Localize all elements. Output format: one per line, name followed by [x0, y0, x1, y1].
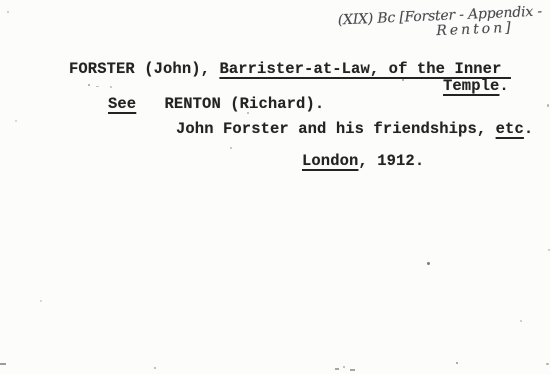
imprint-line: London, 1912.	[302, 152, 424, 170]
scan-speck	[110, 86, 112, 88]
scan-speck	[230, 147, 232, 149]
scan-speck	[402, 79, 404, 81]
see-gap	[136, 95, 164, 113]
scan-speck	[247, 112, 249, 114]
heading-temple-underlined: Temple	[443, 77, 499, 95]
annotation-reference: Renton]	[436, 19, 543, 40]
heading-title-underlined: Barrister-at-Law, of the Inner	[219, 60, 510, 78]
scan-speck	[546, 363, 549, 365]
title-text: John Forster and his friendships,	[176, 120, 496, 138]
heading-name: FORSTER (John),	[69, 60, 219, 78]
see-label-underlined: See	[108, 95, 136, 113]
scan-speck	[335, 368, 339, 370]
scan-speck	[547, 104, 549, 107]
imprint-place-underlined: London	[302, 152, 358, 170]
scan-speck	[427, 262, 430, 265]
catalog-card-scan: (XIX) Bc [Forster - Appendix - Renton] F…	[0, 0, 550, 374]
see-reference: RENTON (Richard).	[164, 95, 324, 113]
scan-speck	[40, 300, 42, 302]
scan-speck	[0, 363, 6, 365]
scan-speck	[520, 320, 522, 322]
title-line: John Forster and his friendships, etc.	[176, 120, 533, 138]
scan-speck	[96, 86, 99, 87]
heading-temple-period: .	[499, 77, 508, 95]
imprint-date: , 1912.	[358, 152, 424, 170]
entry-heading-continuation: Temple.	[443, 77, 509, 95]
scan-speck	[7, 11, 9, 13]
handwritten-annotation: (XIX) Bc [Forster - Appendix - Renton]	[337, 4, 542, 44]
see-reference-line: See RENTON (Richard).	[108, 95, 324, 113]
scan-speck	[350, 369, 355, 371]
scan-speck	[154, 367, 156, 369]
scan-speck	[343, 366, 345, 368]
entry-heading-line: FORSTER (John), Barrister-at-Law, of the…	[69, 60, 511, 78]
title-etc-underlined: etc	[496, 120, 524, 138]
scan-speck	[456, 362, 458, 364]
scan-speck	[88, 84, 90, 86]
title-period: .	[524, 120, 533, 138]
scan-speck	[15, 120, 17, 122]
